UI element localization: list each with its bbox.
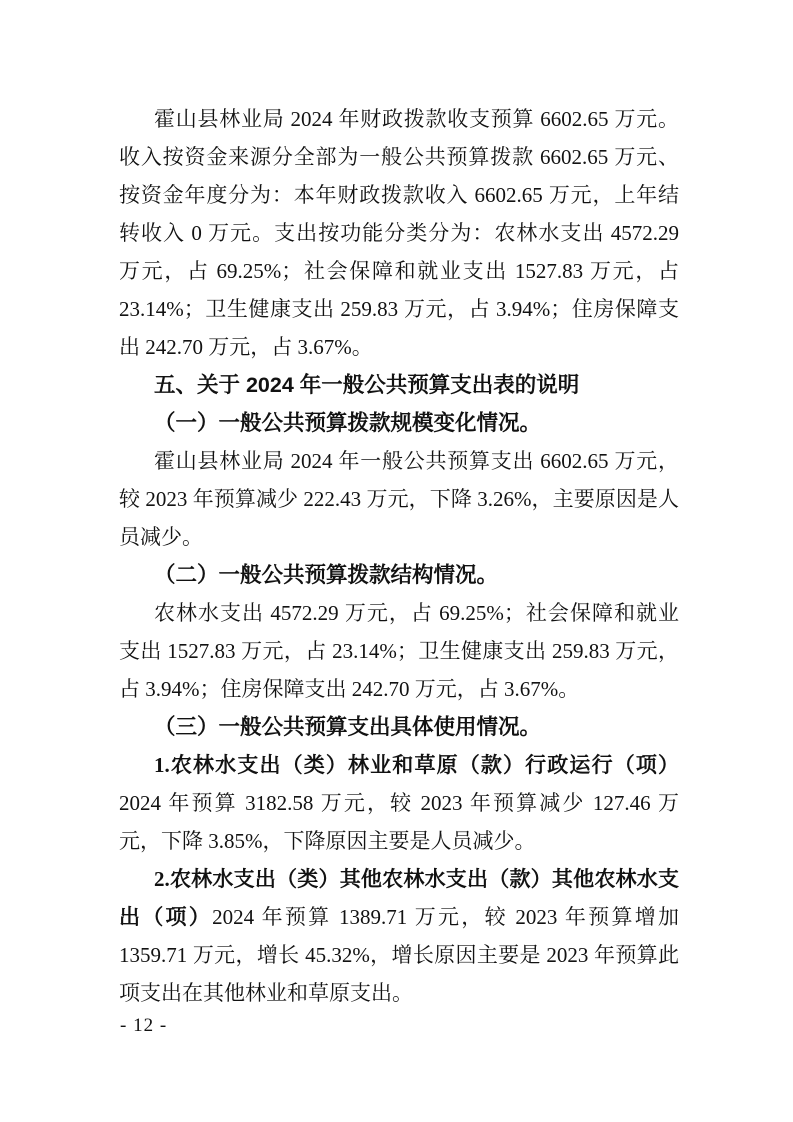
paragraph-fiscal-appropriation-summary: 霍山县林业局 2024 年财政拨款收支预算 6602.65 万元。收入按资金来源… xyxy=(119,100,679,366)
section-heading-five: 五、关于 2024 年一般公共预算支出表的说明 xyxy=(119,366,679,404)
document-page: 霍山县林业局 2024 年财政拨款收支预算 6602.65 万元。收入按资金来源… xyxy=(0,0,793,1122)
paragraph-item-1-lead: 1.农林水支出（类）林业和草原（款）行政运行（项） xyxy=(154,753,679,777)
document-body: 霍山县林业局 2024 年财政拨款收支预算 6602.65 万元。收入按资金来源… xyxy=(119,100,679,1012)
subsection-heading-two: （二）一般公共预算拨款结构情况。 xyxy=(119,556,679,594)
paragraph-item-1-text: 2024 年预算 3182.58 万元，较 2023 年预算减少 127.46 … xyxy=(119,791,679,853)
paragraph-item-2: 2.农林水支出（类）其他农林水支出（款）其他农林水支出（项）2024 年预算 1… xyxy=(119,860,679,1012)
paragraph-budget-structure: 农林水支出 4572.29 万元，占 69.25%；社会保障和就业支出 1527… xyxy=(119,594,679,708)
subsection-heading-three: （三）一般公共预算支出具体使用情况。 xyxy=(119,708,679,746)
paragraph-budget-scale-change: 霍山县林业局 2024 年一般公共预算支出 6602.65 万元，较 2023 … xyxy=(119,442,679,556)
paragraph-item-1: 1.农林水支出（类）林业和草原（款）行政运行（项）2024 年预算 3182.5… xyxy=(119,746,679,860)
subsection-heading-one: （一）一般公共预算拨款规模变化情况。 xyxy=(119,404,679,442)
page-number: - 12 - xyxy=(120,1012,167,1040)
